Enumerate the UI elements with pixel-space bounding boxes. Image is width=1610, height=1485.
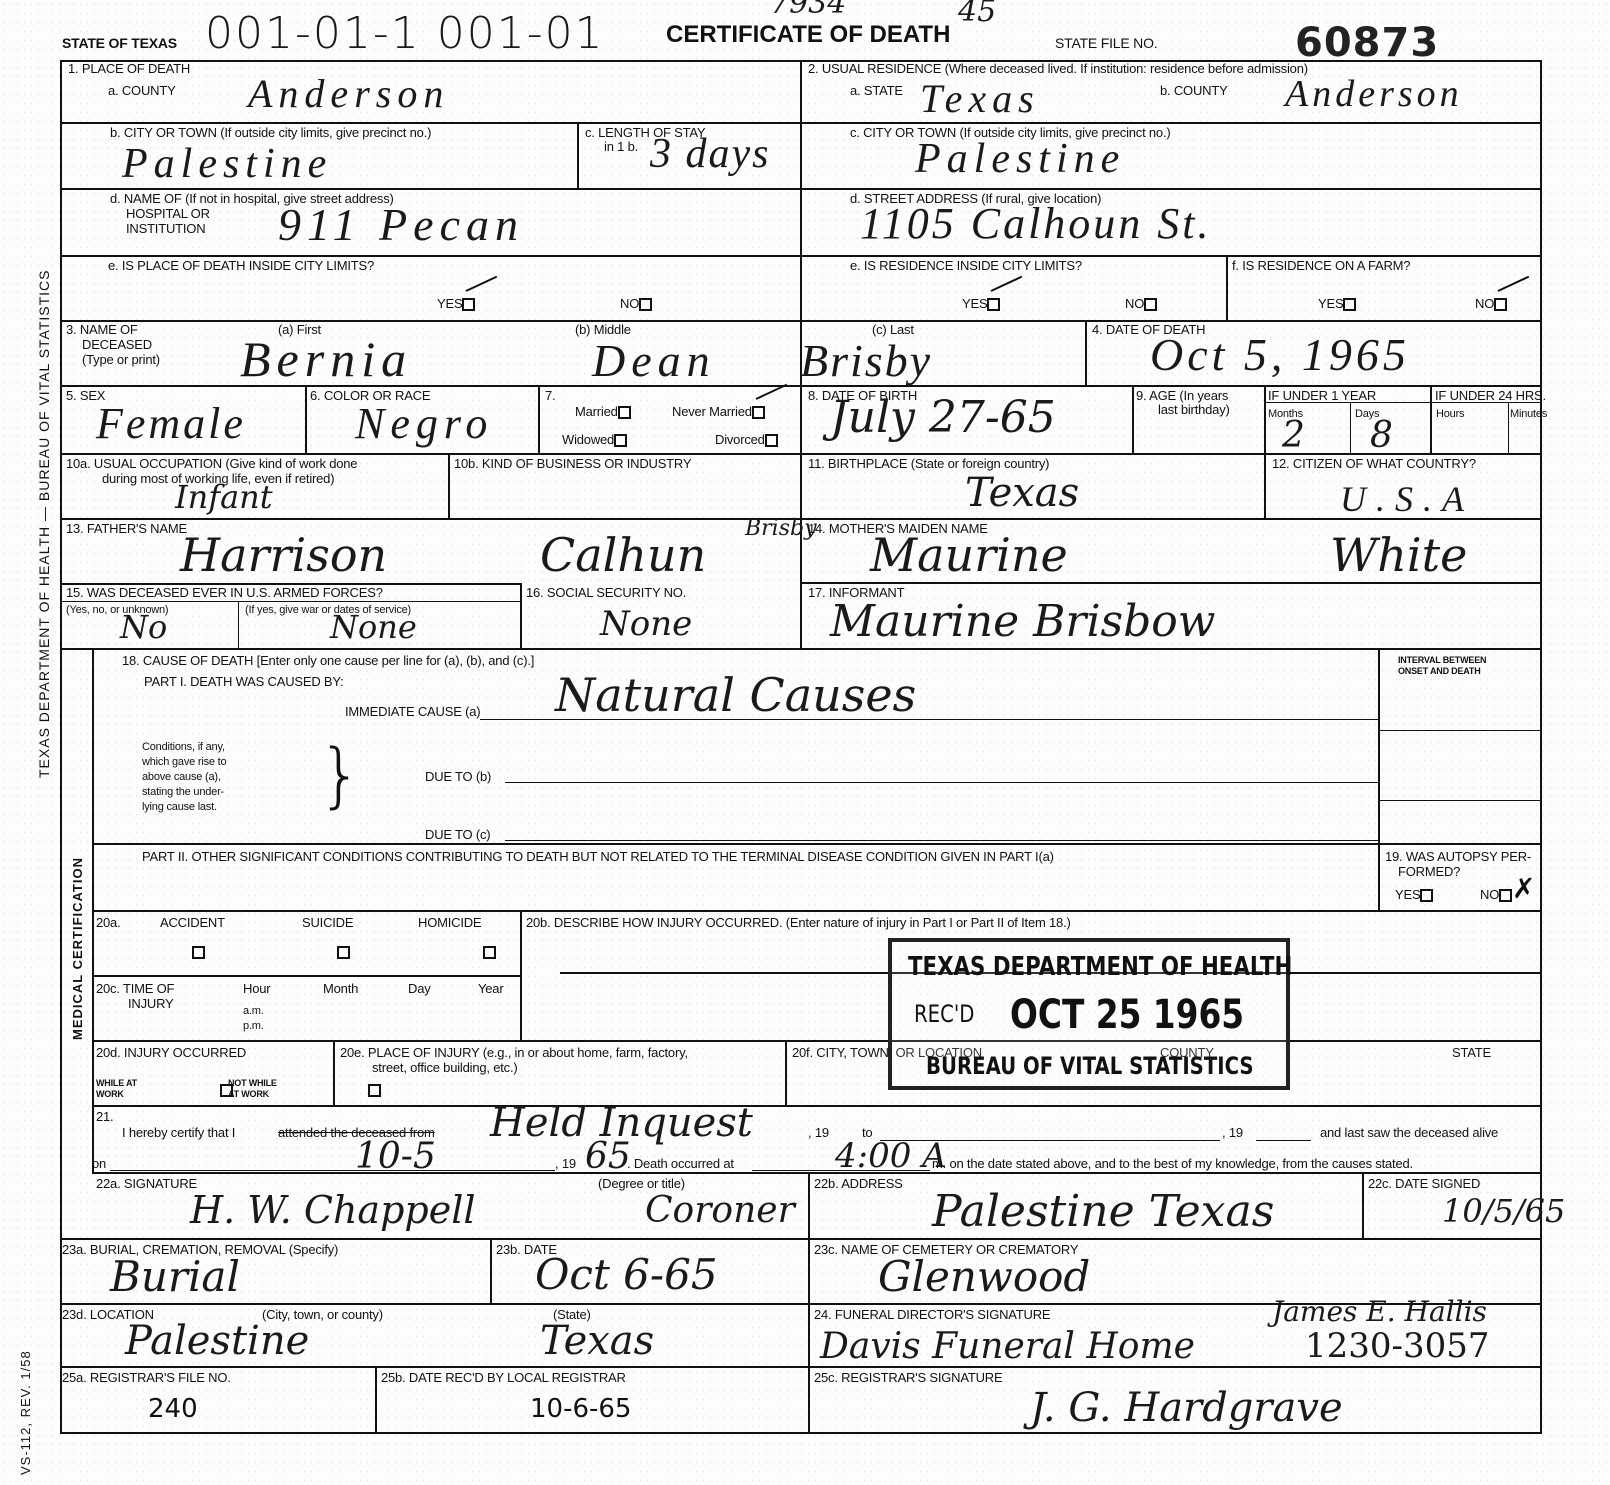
checkbox-checked[interactable] — [1499, 889, 1512, 902]
disposition-value[interactable]: Burial — [110, 1252, 240, 1301]
checkbox-unchecked[interactable] — [1144, 298, 1157, 311]
place-of-death-label: 1. PLACE OF DEATH — [68, 62, 190, 76]
middle-name-value[interactable]: Dean — [592, 334, 716, 387]
death-inside-city-yes[interactable]: YES — [437, 297, 475, 311]
date-signed-value[interactable]: 10/5/65 — [1442, 1192, 1565, 1230]
month-label: Month — [323, 982, 358, 996]
describe-injury-label: 20b. DESCRIBE HOW INJURY OCCURRED. (Ente… — [526, 916, 1071, 930]
name-label-3: (Type or print) — [82, 353, 160, 367]
occupation-value[interactable]: Infant — [175, 478, 273, 516]
certification-statement: m. on the date stated above, and to the … — [932, 1157, 1413, 1171]
residence-state-label: a. STATE — [850, 84, 903, 98]
under-year-label: IF UNDER 1 YEAR — [1268, 389, 1376, 403]
residence-county-label: b. COUNTY — [1160, 84, 1228, 98]
not-work-label-2: AT WORK — [228, 1089, 269, 1099]
place-of-injury-label-2: street, office building, etc.) — [372, 1061, 518, 1075]
on-year-value[interactable]: 65 — [585, 1136, 631, 1177]
medical-certification-label: MEDICAL CERTIFICATION — [70, 857, 85, 1040]
registrar-file-value[interactable]: 240 — [148, 1394, 198, 1424]
suicide-checkbox[interactable] — [337, 946, 350, 959]
hospital-label-3: INSTITUTION — [126, 222, 205, 236]
stamp-department: TEXAS DEPARTMENT OF HEALTH — [908, 952, 1292, 982]
death-county-label: a. COUNTY — [108, 84, 176, 98]
day-label: Day — [408, 982, 431, 996]
local-registrar-date-label: 25b. DATE REC'D BY LOCAL REGISTRAR — [381, 1371, 626, 1385]
frame-bottom — [60, 1432, 1542, 1434]
stamp-recd: REC'D — [914, 1000, 974, 1028]
frame-left — [60, 60, 62, 1434]
funeral-director-label: 24. FUNERAL DIRECTOR'S SIGNATURE — [814, 1308, 1050, 1322]
stamp-bureau: BUREAU OF VITAL STATISTICS — [926, 1052, 1254, 1080]
time-of-injury-label-2: INJURY — [128, 997, 174, 1011]
immediate-cause-value[interactable]: Natural Causes — [555, 668, 916, 722]
autopsy-label: 19. WAS AUTOPSY PER- — [1385, 850, 1531, 864]
homicide-checkbox[interactable] — [483, 946, 496, 959]
not-work-label-1: NOT WHILE — [228, 1078, 277, 1088]
residence-inside-city-yes[interactable]: YES — [962, 297, 1000, 311]
death-occurred-text: . Death occurred at — [627, 1157, 734, 1171]
father-first-value[interactable]: Harrison — [180, 528, 387, 582]
immediate-cause-label: IMMEDIATE CAUSE (a) — [345, 705, 480, 719]
hours-label: Hours — [1436, 408, 1464, 420]
top-note-2: 45 — [958, 0, 996, 29]
yes-label: YES — [437, 296, 462, 311]
registrar-file-label: 25a. REGISTRAR'S FILE NO. — [62, 1371, 231, 1385]
funeral-director-value[interactable]: James E. Hallis — [1272, 1295, 1487, 1328]
residence-county-value[interactable]: Anderson — [1285, 72, 1463, 116]
armed-forces-value[interactable]: No — [120, 608, 167, 646]
at-work-label-2: WORK — [96, 1089, 124, 1099]
degree-label: (Degree or title) — [598, 1177, 685, 1191]
death-city-value[interactable]: Palestine — [122, 140, 332, 188]
business-label: 10b. KIND OF BUSINESS OR INDUSTRY — [454, 457, 691, 471]
conditions-note-2: which gave rise to — [142, 756, 226, 768]
am-label: a.m. — [243, 1005, 264, 1017]
sex-value[interactable]: Female — [96, 398, 246, 449]
farm-label: f. IS RESIDENCE ON A FARM? — [1232, 259, 1410, 273]
street-address-value[interactable]: 1105 Calhoun St. — [860, 198, 1212, 249]
registrar-signature-label: 25c. REGISTRAR'S SIGNATURE — [814, 1371, 1002, 1385]
department-vertical-label: TEXAS DEPARTMENT OF HEALTH — BUREAU OF V… — [36, 269, 52, 778]
minutes-label: Minutes — [1510, 408, 1547, 420]
yes-label: YES — [1318, 296, 1343, 311]
at-work-label-1: WHILE AT — [96, 1078, 137, 1088]
pm-label: p.m. — [243, 1020, 264, 1032]
never-married-label: Never Married — [672, 404, 752, 419]
accident-checkbox[interactable] — [192, 946, 205, 959]
marital-label: 7. — [545, 389, 555, 403]
armed-service-value[interactable]: None — [330, 608, 417, 646]
death-inside-city-label: e. IS PLACE OF DEATH INSIDE CITY LIMITS? — [108, 259, 374, 273]
death-inside-city-no[interactable]: NO — [620, 297, 652, 311]
father-middle-value[interactable]: Calhun — [540, 528, 706, 582]
days-value[interactable]: 8 — [1370, 415, 1393, 456]
interval-label-1: INTERVAL BETWEEN — [1398, 655, 1486, 665]
age-label: 9. AGE (In years — [1136, 389, 1228, 403]
checkbox-unchecked[interactable] — [618, 406, 631, 419]
autopsy-no[interactable]: NO — [1480, 888, 1512, 902]
part2-label: PART II. OTHER SIGNIFICANT CONDITIONS CO… — [142, 850, 1054, 864]
conditions-note-3: above cause (a), — [142, 771, 221, 783]
location-state-value[interactable]: Texas — [540, 1318, 654, 1364]
conditions-note-4: stating the under- — [142, 786, 224, 798]
checkbox-checked[interactable] — [752, 406, 765, 419]
death-county-value[interactable]: Anderson — [248, 70, 449, 117]
hour-label: Hour — [243, 982, 270, 996]
mother-last-value[interactable]: White — [1330, 528, 1467, 582]
residence-inside-city-no[interactable]: NO — [1125, 297, 1157, 311]
first-name-value[interactable]: Bernia — [240, 330, 412, 388]
funeral-home-value[interactable]: Davis Funeral Home — [820, 1326, 1195, 1367]
form-number: VS-112, REV. 1/58 — [18, 1350, 33, 1475]
injury-occurred-label: 20d. INJURY OCCURRED — [96, 1046, 246, 1060]
conditions-note-5: lying cause last. — [142, 801, 217, 813]
year-label: Year — [478, 982, 503, 996]
signature-value[interactable]: H. W. Chappell — [190, 1188, 476, 1232]
citizen-value[interactable]: U.S.A — [1340, 478, 1474, 520]
widowed-option[interactable]: Widowed — [562, 433, 627, 447]
autopsy-yes[interactable]: YES — [1395, 888, 1433, 902]
year-prefix-1: , 19 — [808, 1126, 829, 1140]
interval-label-2: ONSET AND DEATH — [1398, 666, 1481, 676]
date-signed-label: 22c. DATE SIGNED — [1368, 1177, 1480, 1191]
death-time-value[interactable]: 4:00 A — [835, 1136, 947, 1176]
autopsy-label-2: FORMED? — [1398, 865, 1460, 879]
state-label: STATE OF TEXAS — [62, 36, 177, 50]
ssn-label: 16. SOCIAL SECURITY NO. — [526, 586, 686, 600]
homicide-label: HOMICIDE — [418, 916, 481, 930]
residence-city-value[interactable]: Palestine — [915, 135, 1125, 183]
no-label: NO — [620, 296, 639, 311]
yes-label: YES — [962, 296, 987, 311]
divorced-label: Divorced — [715, 432, 765, 447]
date-of-death-value[interactable]: Oct 5, 1965 — [1150, 328, 1410, 381]
occupation-label: 10a. USUAL OCCUPATION (Give kind of work… — [66, 457, 357, 471]
checkbox-unchecked[interactable] — [639, 298, 652, 311]
not-at-work-checkbox[interactable] — [368, 1084, 381, 1097]
citizen-label: 12. CITIZEN OF WHAT COUNTRY? — [1272, 457, 1476, 471]
local-registrar-date-value[interactable]: 10-6-65 — [530, 1394, 631, 1424]
armed-forces-label: 15. WAS DECEASED EVER IN U.S. ARMED FORC… — [66, 586, 383, 600]
name-label-2: DECEASED — [82, 338, 152, 352]
father-last-value[interactable]: Brisby — [745, 516, 817, 541]
birthplace-label: 11. BIRTHPLACE (State or foreign country… — [808, 457, 1049, 471]
injury-state-label: STATE — [1452, 1046, 1491, 1060]
cemetery-value[interactable]: Glenwood — [878, 1252, 1090, 1301]
last-saw-text: and last saw the deceased alive — [1320, 1126, 1498, 1140]
dob-value[interactable]: July 27-65 — [830, 392, 1056, 443]
checkbox-checked[interactable] — [462, 298, 475, 311]
signer-title-value[interactable]: Coroner — [645, 1190, 795, 1231]
part1-label: PART I. DEATH WAS CAUSED BY: — [144, 675, 344, 689]
time-of-injury-label: 20c. TIME OF — [96, 982, 174, 996]
months-value[interactable]: 2 — [1282, 415, 1305, 456]
place-of-injury-label: 20e. PLACE OF INJURY (e.g., in or about … — [340, 1046, 688, 1060]
length-of-stay-sub: in 1 b. — [604, 140, 638, 154]
certification-21-label: 21. — [96, 1110, 113, 1124]
due-to-c-label: DUE TO (c) — [425, 828, 490, 842]
stamp-date: OCT 25 1965 — [1010, 992, 1244, 1038]
certify-text: I hereby certify that I — [122, 1126, 235, 1140]
never-married-option[interactable]: Never Married — [672, 405, 765, 419]
injury-20a-label: 20a. — [96, 916, 121, 930]
name-label: 3. NAME OF — [66, 323, 138, 337]
address-label: 22b. ADDRESS — [814, 1177, 903, 1191]
no-label: NO — [1480, 887, 1499, 902]
year-prefix-3: , 19 — [555, 1157, 576, 1171]
page-title: CERTIFICATE OF DEATH — [666, 22, 950, 48]
farm-yes[interactable]: YES — [1318, 297, 1356, 311]
under-24-label: IF UNDER 24 HRS. — [1435, 389, 1546, 403]
year-prefix-2: , 19 — [1222, 1126, 1243, 1140]
cause-of-death-label: 18. CAUSE OF DEATH [Enter only one cause… — [122, 654, 534, 668]
on-date-value[interactable]: 10-5 — [355, 1136, 436, 1177]
ssn-value[interactable]: None — [600, 604, 692, 644]
registrar-signature-value[interactable]: J. G. Hardgrave — [1030, 1385, 1343, 1431]
usual-residence-label: 2. USUAL RESIDENCE (Where deceased lived… — [808, 62, 1308, 76]
no-label: NO — [1125, 296, 1144, 311]
conditions-note-1: Conditions, if any, — [142, 741, 225, 753]
death-city-label: b. CITY OR TOWN (If outside city limits,… — [110, 126, 431, 140]
signature-label: 22a. SIGNATURE — [96, 1177, 197, 1191]
checkbox-checked[interactable] — [1494, 298, 1507, 311]
state-file-label: STATE FILE NO. — [1055, 36, 1157, 50]
handwritten-code: 001-01-1 001-01 — [205, 8, 605, 59]
residence-inside-city-label: e. IS RESIDENCE INSIDE CITY LIMITS? — [850, 259, 1082, 273]
mother-first-value[interactable]: Maurine — [870, 528, 1068, 582]
age-label-2: last birthday) — [1158, 403, 1230, 417]
due-to-b-label: DUE TO (b) — [425, 770, 491, 784]
residence-state-value[interactable]: Texas — [920, 75, 1040, 122]
farm-no[interactable]: NO — [1475, 297, 1507, 311]
accident-label: ACCIDENT — [160, 916, 225, 930]
father-name-label: 13. FATHER'S NAME — [66, 522, 187, 536]
divorced-option[interactable]: Divorced — [715, 433, 778, 447]
checkbox-unchecked[interactable] — [1343, 298, 1356, 311]
checkbox-unchecked[interactable] — [1420, 889, 1433, 902]
yes-label: YES — [1395, 887, 1420, 902]
brace-icon: } — [318, 740, 363, 810]
widowed-label: Widowed — [562, 432, 614, 447]
address-value[interactable]: Palestine Texas — [932, 1186, 1274, 1237]
married-option[interactable]: Married — [575, 405, 631, 419]
burial-date-value[interactable]: Oct 6-65 — [535, 1250, 718, 1299]
checkbox-checked[interactable] — [987, 298, 1000, 311]
married-label: Married — [575, 404, 618, 419]
received-stamp: TEXAS DEPARTMENT OF HEALTH REC'D OCT 25 … — [888, 938, 1290, 1090]
no-label: NO — [1475, 296, 1494, 311]
suicide-label: SUICIDE — [302, 916, 353, 930]
hospital-label-2: HOSPITAL OR — [126, 207, 210, 221]
x-mark-icon: ✗ — [1512, 872, 1535, 905]
top-note-1: 7934 — [770, 0, 846, 21]
checkbox-unchecked[interactable] — [614, 434, 627, 447]
paper-texture — [0, 0, 1610, 1485]
length-of-stay-value[interactable]: 3 days — [650, 130, 771, 178]
funeral-license-value[interactable]: 1230-3057 — [1305, 1326, 1490, 1366]
birthplace-value[interactable]: Texas — [965, 470, 1079, 516]
race-value[interactable]: Negro — [355, 398, 493, 449]
checkbox-unchecked[interactable] — [765, 434, 778, 447]
informant-value[interactable]: Maurine Brisbow — [830, 596, 1215, 647]
hospital-value[interactable]: 911 Pecan — [278, 198, 524, 251]
last-name-value[interactable]: Brisby — [800, 334, 932, 387]
location-city-value[interactable]: Palestine — [125, 1318, 309, 1364]
on-label: on — [92, 1157, 106, 1171]
